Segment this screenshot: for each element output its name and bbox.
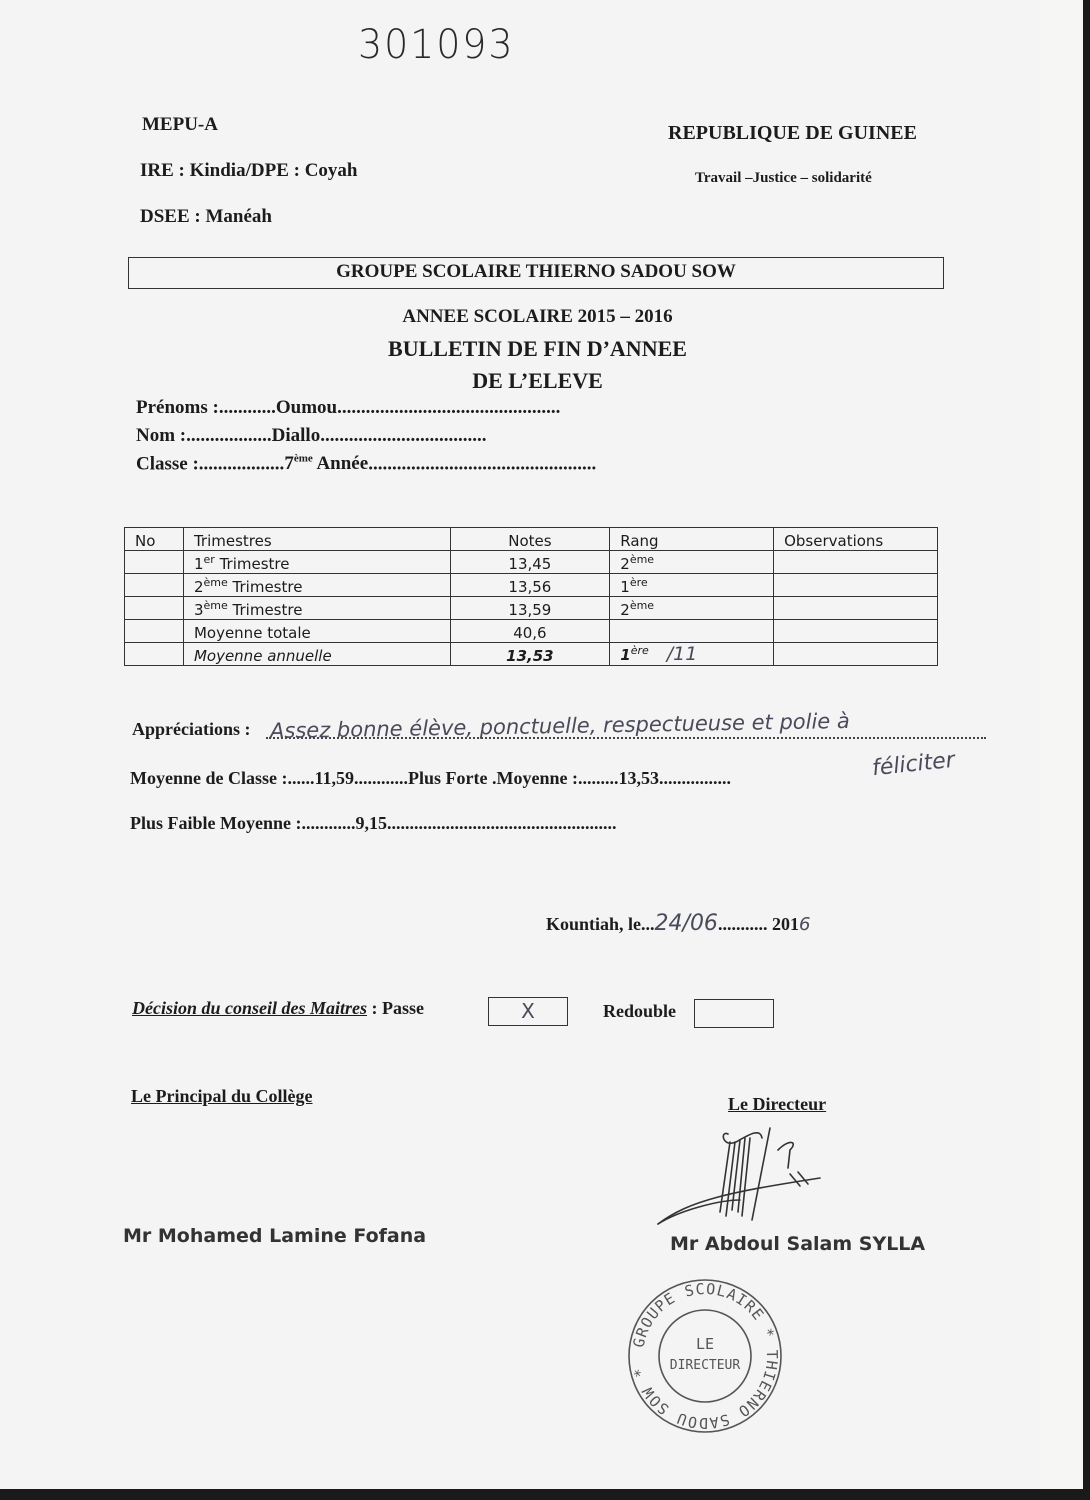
- prenoms-label: Prénoms :............: [136, 397, 276, 418]
- field-nom: Nom :..................Diallo...........…: [136, 425, 486, 447]
- rang-total-handwritten: /11: [667, 643, 698, 665]
- moyenne-classe-value: 11,59: [314, 768, 354, 788]
- table-row-moyenne-totale: Moyenne totale 40,6: [125, 620, 938, 643]
- cell-observation: [774, 574, 938, 597]
- cell-trimestre: Moyenne annuelle: [183, 643, 450, 666]
- appreciations-label: Appréciations :: [132, 719, 251, 740]
- redouble-checkbox[interactable]: [694, 999, 774, 1028]
- cell-trimestre: Moyenne totale: [183, 620, 450, 643]
- table-row: 1er Trimestre 13,45 2ème: [125, 551, 938, 574]
- scan-edge: [1040, 0, 1083, 1489]
- document-number: 301093: [358, 22, 514, 68]
- prenoms-dots: ........................................…: [337, 397, 560, 418]
- cell-observation: [774, 551, 938, 574]
- country-name: REPUBLIQUE DE GUINEE: [668, 122, 917, 145]
- cell-note: 13,56: [450, 574, 610, 597]
- nom-value: Diallo: [272, 425, 321, 446]
- cell-no: [125, 620, 184, 643]
- report-card-page: 301093 MEPU-A IRE : Kindia/DPE : Coyah D…: [0, 0, 1083, 1489]
- grades-table: No Trimestres Notes Rang Observations 1e…: [124, 527, 938, 666]
- cell-observation: [774, 597, 938, 620]
- ministry: MEPU-A: [142, 114, 218, 136]
- ire-dpe: IRE : Kindia/DPE : Coyah: [140, 160, 357, 182]
- header-no: No: [125, 528, 184, 551]
- passe-label: Passe: [382, 998, 424, 1018]
- cell-rang: 2ème: [610, 551, 774, 574]
- date-line: Kountiah, le...24/06........... 2016: [546, 911, 810, 936]
- plus-faible-value: 9,15: [356, 813, 388, 833]
- cell-trimestre: 2ème Trimestre: [183, 574, 450, 597]
- classe-label: Classe :..................: [136, 453, 284, 474]
- classe-value: 7ème Année: [284, 453, 368, 474]
- svg-text:GROUPE SCOLAIRE * THIERNO SADO: GROUPE SCOLAIRE * THIERNO SADOU SOW *: [630, 1280, 781, 1432]
- cell-observation: [774, 620, 938, 643]
- cell-note: 40,6: [450, 620, 610, 643]
- year-handwritten: 6: [799, 914, 810, 935]
- table-row-moyenne-annuelle: Moyenne annuelle 13,53 1ère/11: [125, 643, 938, 666]
- national-motto: Travail –Justice – solidarité: [695, 170, 872, 187]
- header-observations: Observations: [774, 528, 938, 551]
- cell-rang: 1ère: [610, 574, 774, 597]
- directeur-title: Le Directeur: [728, 1094, 826, 1115]
- school-year: ANNEE SCOLAIRE 2015 – 2016: [0, 306, 1075, 328]
- principal-name: Mr Mohamed Lamine Fofana: [123, 1225, 426, 1247]
- cell-note: 13,45: [450, 551, 610, 574]
- cell-no: [125, 551, 184, 574]
- appreciations-handwritten-cont: féliciter: [871, 748, 956, 782]
- table-row: 2ème Trimestre 13,56 1ère: [125, 574, 938, 597]
- cell-rang: [610, 620, 774, 643]
- prenoms-value: Oumou: [276, 397, 337, 418]
- plus-forte-value: 13,53: [618, 768, 659, 788]
- nom-label: Nom :..................: [136, 425, 272, 446]
- cell-no: [125, 597, 184, 620]
- redouble-label: Redouble: [603, 1001, 676, 1022]
- classe-dots: ........................................…: [368, 453, 596, 474]
- header-trimestres: Trimestres: [183, 528, 450, 551]
- cell-no: [125, 574, 184, 597]
- directeur-name: Mr Abdoul Salam SYLLA: [670, 1233, 925, 1255]
- date-handwritten: 24/06: [655, 911, 718, 936]
- bulletin-subtitle: DE L’ELEVE: [0, 368, 1075, 394]
- principal-title: Le Principal du Collège: [131, 1086, 313, 1107]
- directeur-signature-icon: [650, 1120, 830, 1230]
- cell-rang: 2ème: [610, 597, 774, 620]
- cell-no: [125, 643, 184, 666]
- decision-label: Décision du conseil des Maitres: [132, 998, 367, 1018]
- cell-trimestre: 1er Trimestre: [183, 551, 450, 574]
- plus-faible-line: Plus Faible Moyenne :............9,15...…: [130, 813, 617, 834]
- table-header: No Trimestres Notes Rang Observations: [125, 528, 938, 551]
- cell-rang: 1ère/11: [610, 643, 774, 666]
- field-prenoms: Prénoms :............Oumou..............…: [136, 397, 560, 419]
- nom-dots: ...................................: [320, 425, 486, 446]
- header-rang: Rang: [610, 528, 774, 551]
- school-name-box: GROUPE SCOLAIRE THIERNO SADOU SOW: [128, 257, 944, 289]
- svg-text:DIRECTEUR: DIRECTEUR: [670, 1358, 741, 1373]
- field-classe: Classe :..................7ème Année....…: [136, 453, 596, 475]
- moyenne-classe-line: Moyenne de Classe :......11,59..........…: [130, 768, 731, 789]
- table-row: 3ème Trimestre 13,59 2ème: [125, 597, 938, 620]
- decision-line: Décision du conseil des Maitres : Passe: [132, 998, 424, 1019]
- cell-observation: [774, 643, 938, 666]
- svg-text:LE: LE: [696, 1335, 714, 1353]
- plus-forte-label: Plus Forte .Moyenne :.........: [408, 768, 618, 788]
- cell-trimestre: 3ème Trimestre: [183, 597, 450, 620]
- dsee: DSEE : Manéah: [140, 206, 272, 228]
- header-notes: Notes: [450, 528, 610, 551]
- passe-check-mark: X: [521, 999, 535, 1023]
- bulletin-title: BULLETIN DE FIN D’ANNEE: [0, 336, 1075, 362]
- school-stamp-icon: GROUPE SCOLAIRE * THIERNO SADOU SOW * LE…: [622, 1277, 788, 1435]
- cell-note: 13,53: [450, 643, 610, 666]
- cell-note: 13,59: [450, 597, 610, 620]
- passe-checkbox[interactable]: X: [488, 997, 568, 1026]
